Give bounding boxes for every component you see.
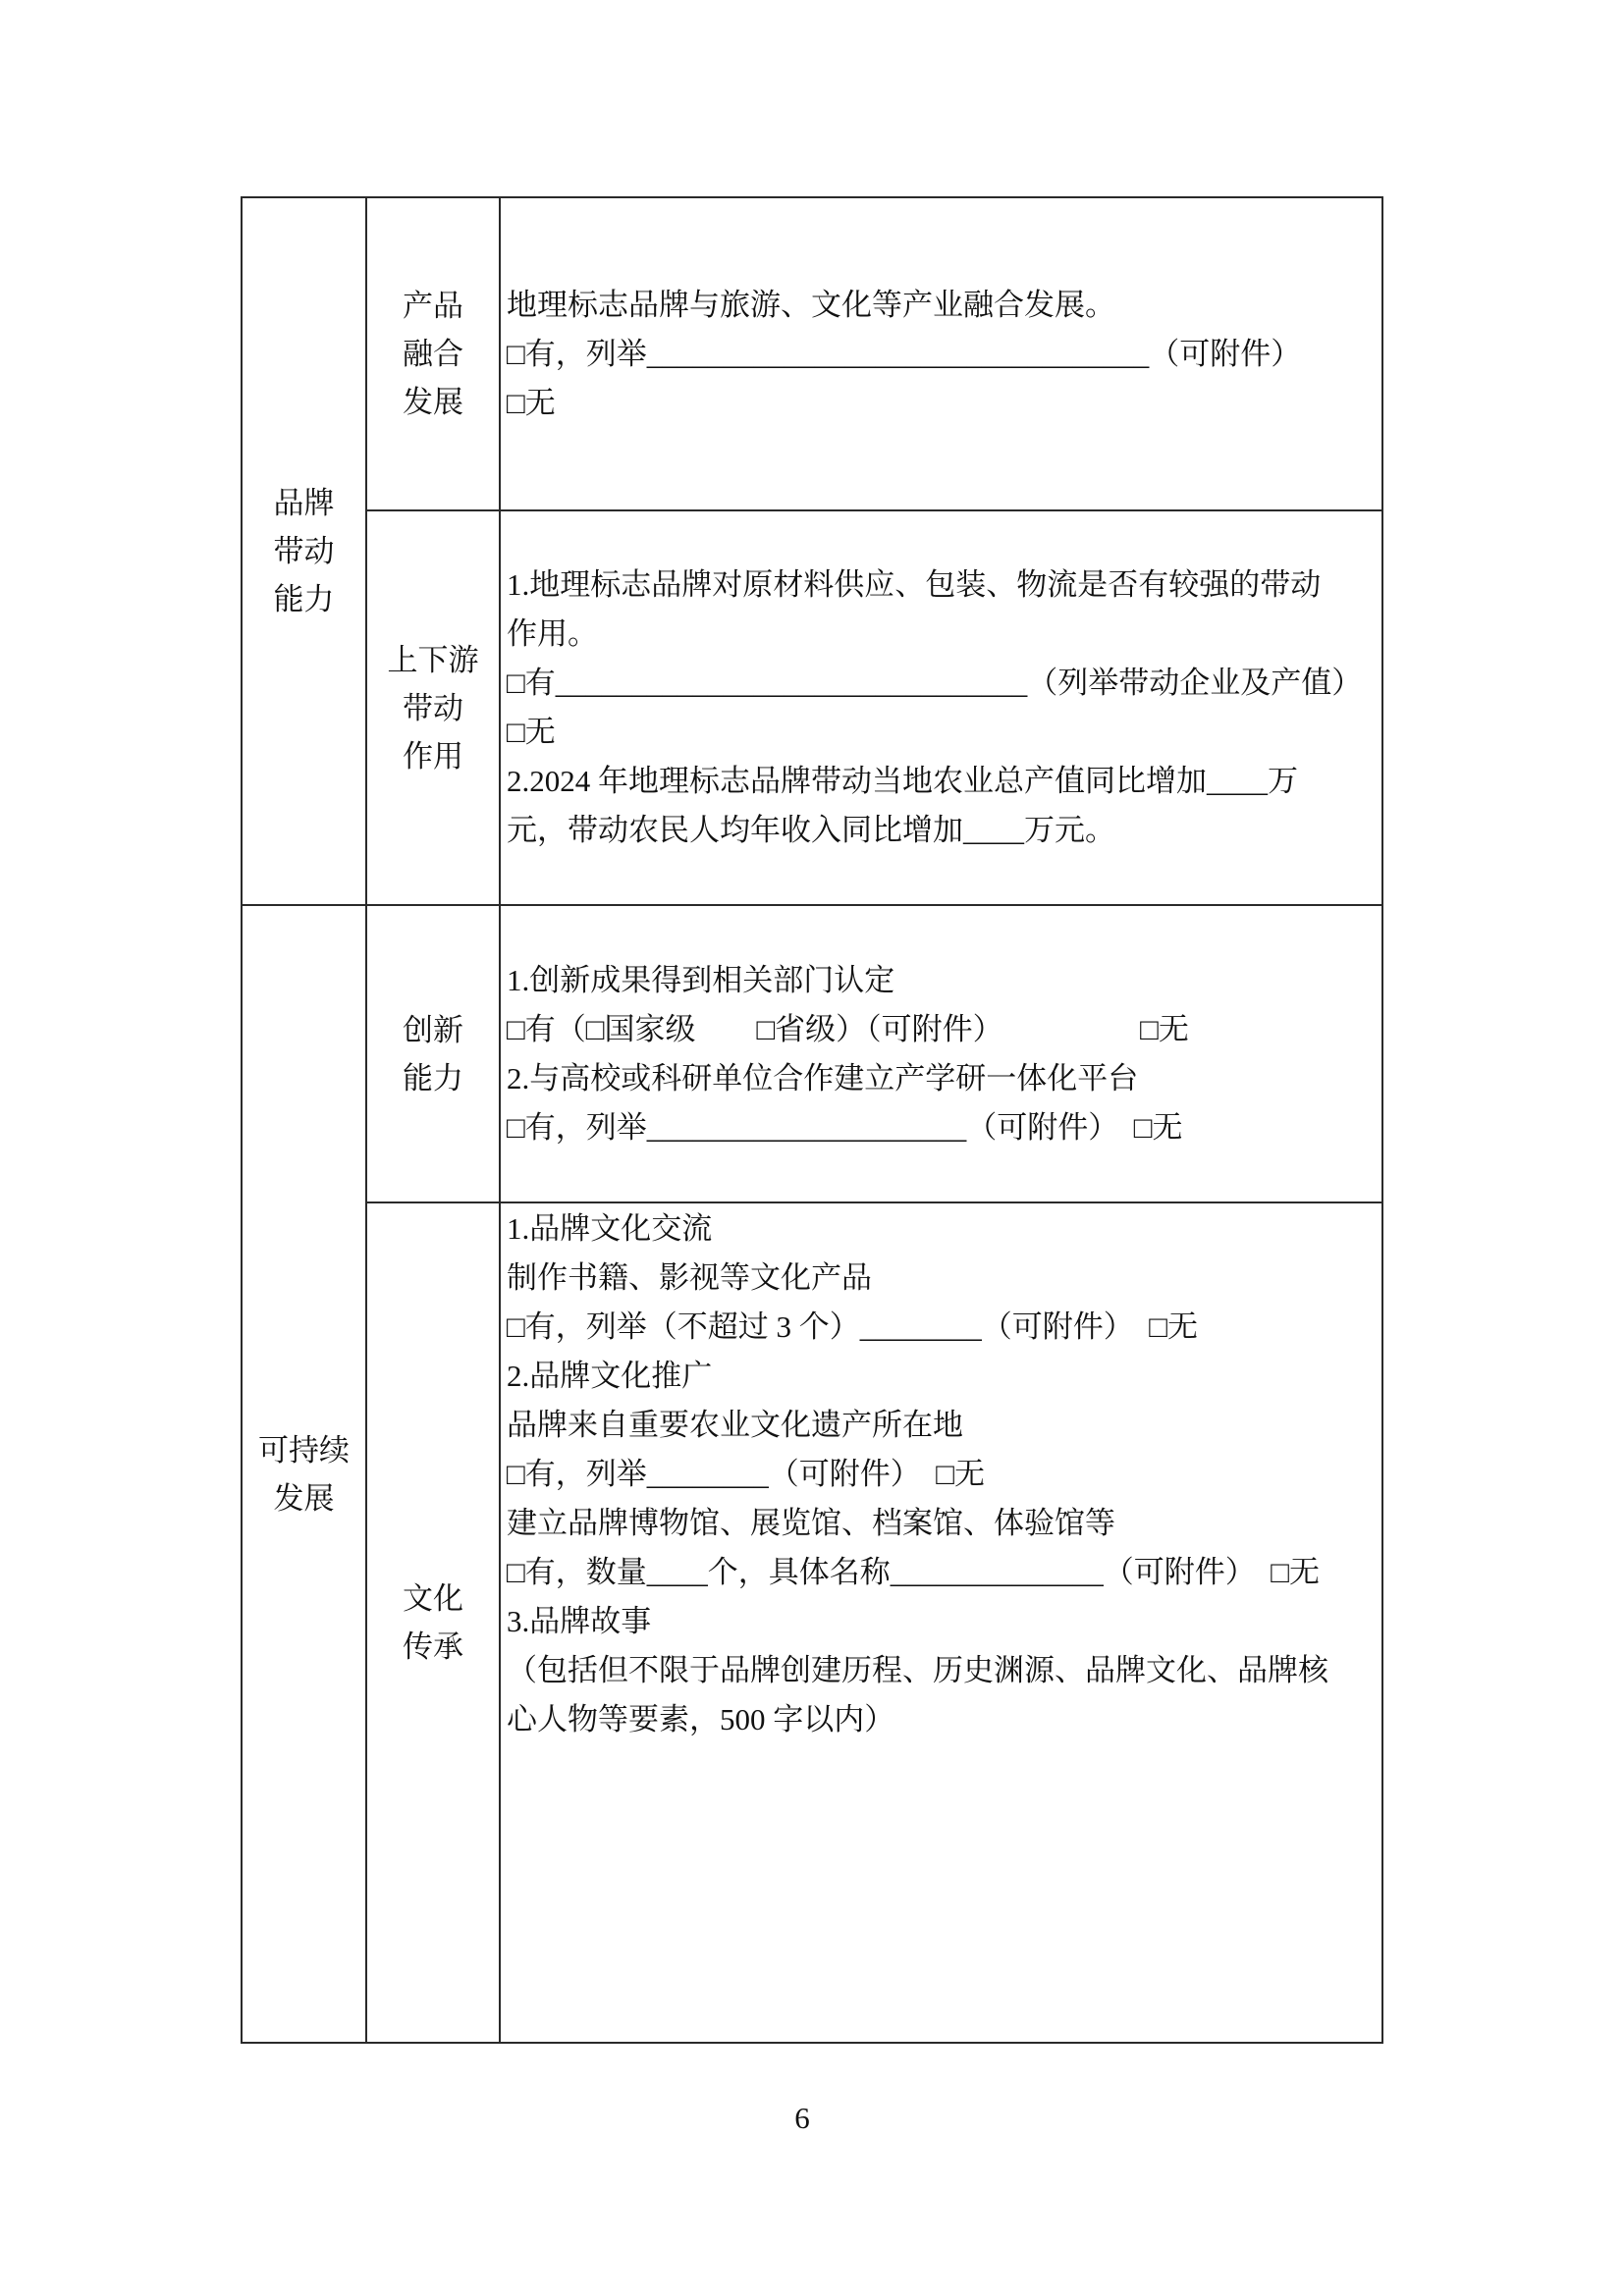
table-row: 可持续 发展 创新 能力 1.创新成果得到相关部门认定 □有（□国家级 □省级）… bbox=[242, 905, 1382, 1202]
category-label-line: 发展 bbox=[244, 1474, 363, 1522]
form-text-line: 心人物等要素，500 字以内） bbox=[507, 1695, 1374, 1744]
form-text-line: 2.品牌文化推广 bbox=[507, 1352, 1374, 1401]
form-text-line: 1.品牌文化交流 bbox=[507, 1204, 1374, 1254]
form-text-line-with-blank: 元，带动农民人均年收入同比增加____万元。 bbox=[507, 806, 1374, 855]
subcategory-label-line: 文化 bbox=[369, 1575, 497, 1623]
form-text-line: 地理标志品牌与旅游、文化等产业融合发展。 bbox=[507, 281, 1374, 330]
page-number: 6 bbox=[0, 2099, 1604, 2138]
form-checkbox-line-quantity-name: □有，数量____个，具体名称______________（可附件） □无 bbox=[507, 1548, 1374, 1597]
category-label-line: 能力 bbox=[244, 575, 363, 623]
form-checkbox-line-has-with-blank: □有_______________________________（列举带动企业… bbox=[507, 659, 1374, 708]
form-checkbox-line-has-with-blank: □有，列举_____________________（可附件） □无 bbox=[507, 1103, 1374, 1152]
subcategory-cell-cultural-heritage: 文化 传承 bbox=[366, 1202, 500, 2043]
subcategory-label-line: 传承 bbox=[369, 1623, 497, 1671]
form-checkbox-line-has-with-blank: □有，列举_________________________________（可… bbox=[507, 330, 1374, 379]
form-text-line: 1.创新成果得到相关部门认定 bbox=[507, 956, 1374, 1005]
subcategory-label-line: 产品 bbox=[369, 282, 497, 330]
form-text-line: 3.品牌故事 bbox=[507, 1597, 1374, 1646]
form-text-line: 1.地理标志品牌对原材料供应、包装、物流是否有较强的带动 bbox=[507, 561, 1374, 610]
form-checkbox-line-has-with-blank: □有，列举（不超过 3 个）________（可附件） □无 bbox=[507, 1303, 1374, 1352]
subcategory-label-line: 创新 bbox=[369, 1006, 497, 1054]
content-cell-upstream-downstream-driving: 1.地理标志品牌对原材料供应、包装、物流是否有较强的带动 作用。 □有_____… bbox=[500, 510, 1382, 905]
category-label-line: 可持续 bbox=[244, 1426, 363, 1474]
table-row: 品牌 带动 能力 产品 融合 发展 地理标志品牌与旅游、文化等产业融合发展。 □… bbox=[242, 197, 1382, 510]
subcategory-label-line: 融合 bbox=[369, 330, 497, 378]
category-cell-sustainable-development: 可持续 发展 bbox=[242, 905, 366, 2043]
subcategory-label-line: 带动 bbox=[369, 684, 497, 732]
form-text-line: 制作书籍、影视等文化产品 bbox=[507, 1254, 1374, 1303]
subcategory-cell-product-integration: 产品 融合 发展 bbox=[366, 197, 500, 510]
subcategory-cell-innovation-capability: 创新 能力 bbox=[366, 905, 500, 1202]
content-cell-innovation-capability: 1.创新成果得到相关部门认定 □有（□国家级 □省级）（可附件） □无 2.与高… bbox=[500, 905, 1382, 1202]
document-page: 品牌 带动 能力 产品 融合 发展 地理标志品牌与旅游、文化等产业融合发展。 □… bbox=[0, 0, 1624, 2296]
brand-evaluation-form-table: 品牌 带动 能力 产品 融合 发展 地理标志品牌与旅游、文化等产业融合发展。 □… bbox=[241, 196, 1383, 2044]
table-row: 文化 传承 1.品牌文化交流 制作书籍、影视等文化产品 □有，列举（不超过 3 … bbox=[242, 1202, 1382, 2043]
form-text-line: （包括但不限于品牌创建历程、历史渊源、品牌文化、品牌核 bbox=[507, 1646, 1374, 1695]
subcategory-label-line: 发展 bbox=[369, 378, 497, 426]
content-cell-product-integration: 地理标志品牌与旅游、文化等产业融合发展。 □有，列举______________… bbox=[500, 197, 1382, 510]
form-text-line: 作用。 bbox=[507, 610, 1374, 659]
form-text-line: 建立品牌博物馆、展览馆、档案馆、体验馆等 bbox=[507, 1499, 1374, 1548]
subcategory-label-line: 上下游 bbox=[369, 636, 497, 684]
category-cell-brand-driving-capability: 品牌 带动 能力 bbox=[242, 197, 366, 905]
subcategory-cell-upstream-downstream-driving: 上下游 带动 作用 bbox=[366, 510, 500, 905]
form-text-line: 2.与高校或科研单位合作建立产学研一体化平台 bbox=[507, 1054, 1374, 1103]
table-row: 上下游 带动 作用 1.地理标志品牌对原材料供应、包装、物流是否有较强的带动 作… bbox=[242, 510, 1382, 905]
form-checkbox-line-none: □无 bbox=[507, 708, 1374, 757]
subcategory-label-line: 能力 bbox=[369, 1054, 497, 1102]
category-label-line: 品牌 bbox=[244, 479, 363, 527]
form-text-line: 品牌来自重要农业文化遗产所在地 bbox=[507, 1401, 1374, 1450]
category-label-line: 带动 bbox=[244, 527, 363, 575]
form-text-line-with-blank: 2.2024 年地理标志品牌带动当地农业总产值同比增加____万 bbox=[507, 757, 1374, 806]
content-cell-cultural-heritage: 1.品牌文化交流 制作书籍、影视等文化产品 □有，列举（不超过 3 个）____… bbox=[500, 1202, 1382, 2043]
form-checkbox-line-level-options: □有（□国家级 □省级）（可附件） □无 bbox=[507, 1005, 1374, 1054]
subcategory-label-line: 作用 bbox=[369, 732, 497, 780]
form-checkbox-line-has-with-blank: □有，列举________（可附件） □无 bbox=[507, 1450, 1374, 1499]
form-checkbox-line-none: □无 bbox=[507, 379, 1374, 428]
